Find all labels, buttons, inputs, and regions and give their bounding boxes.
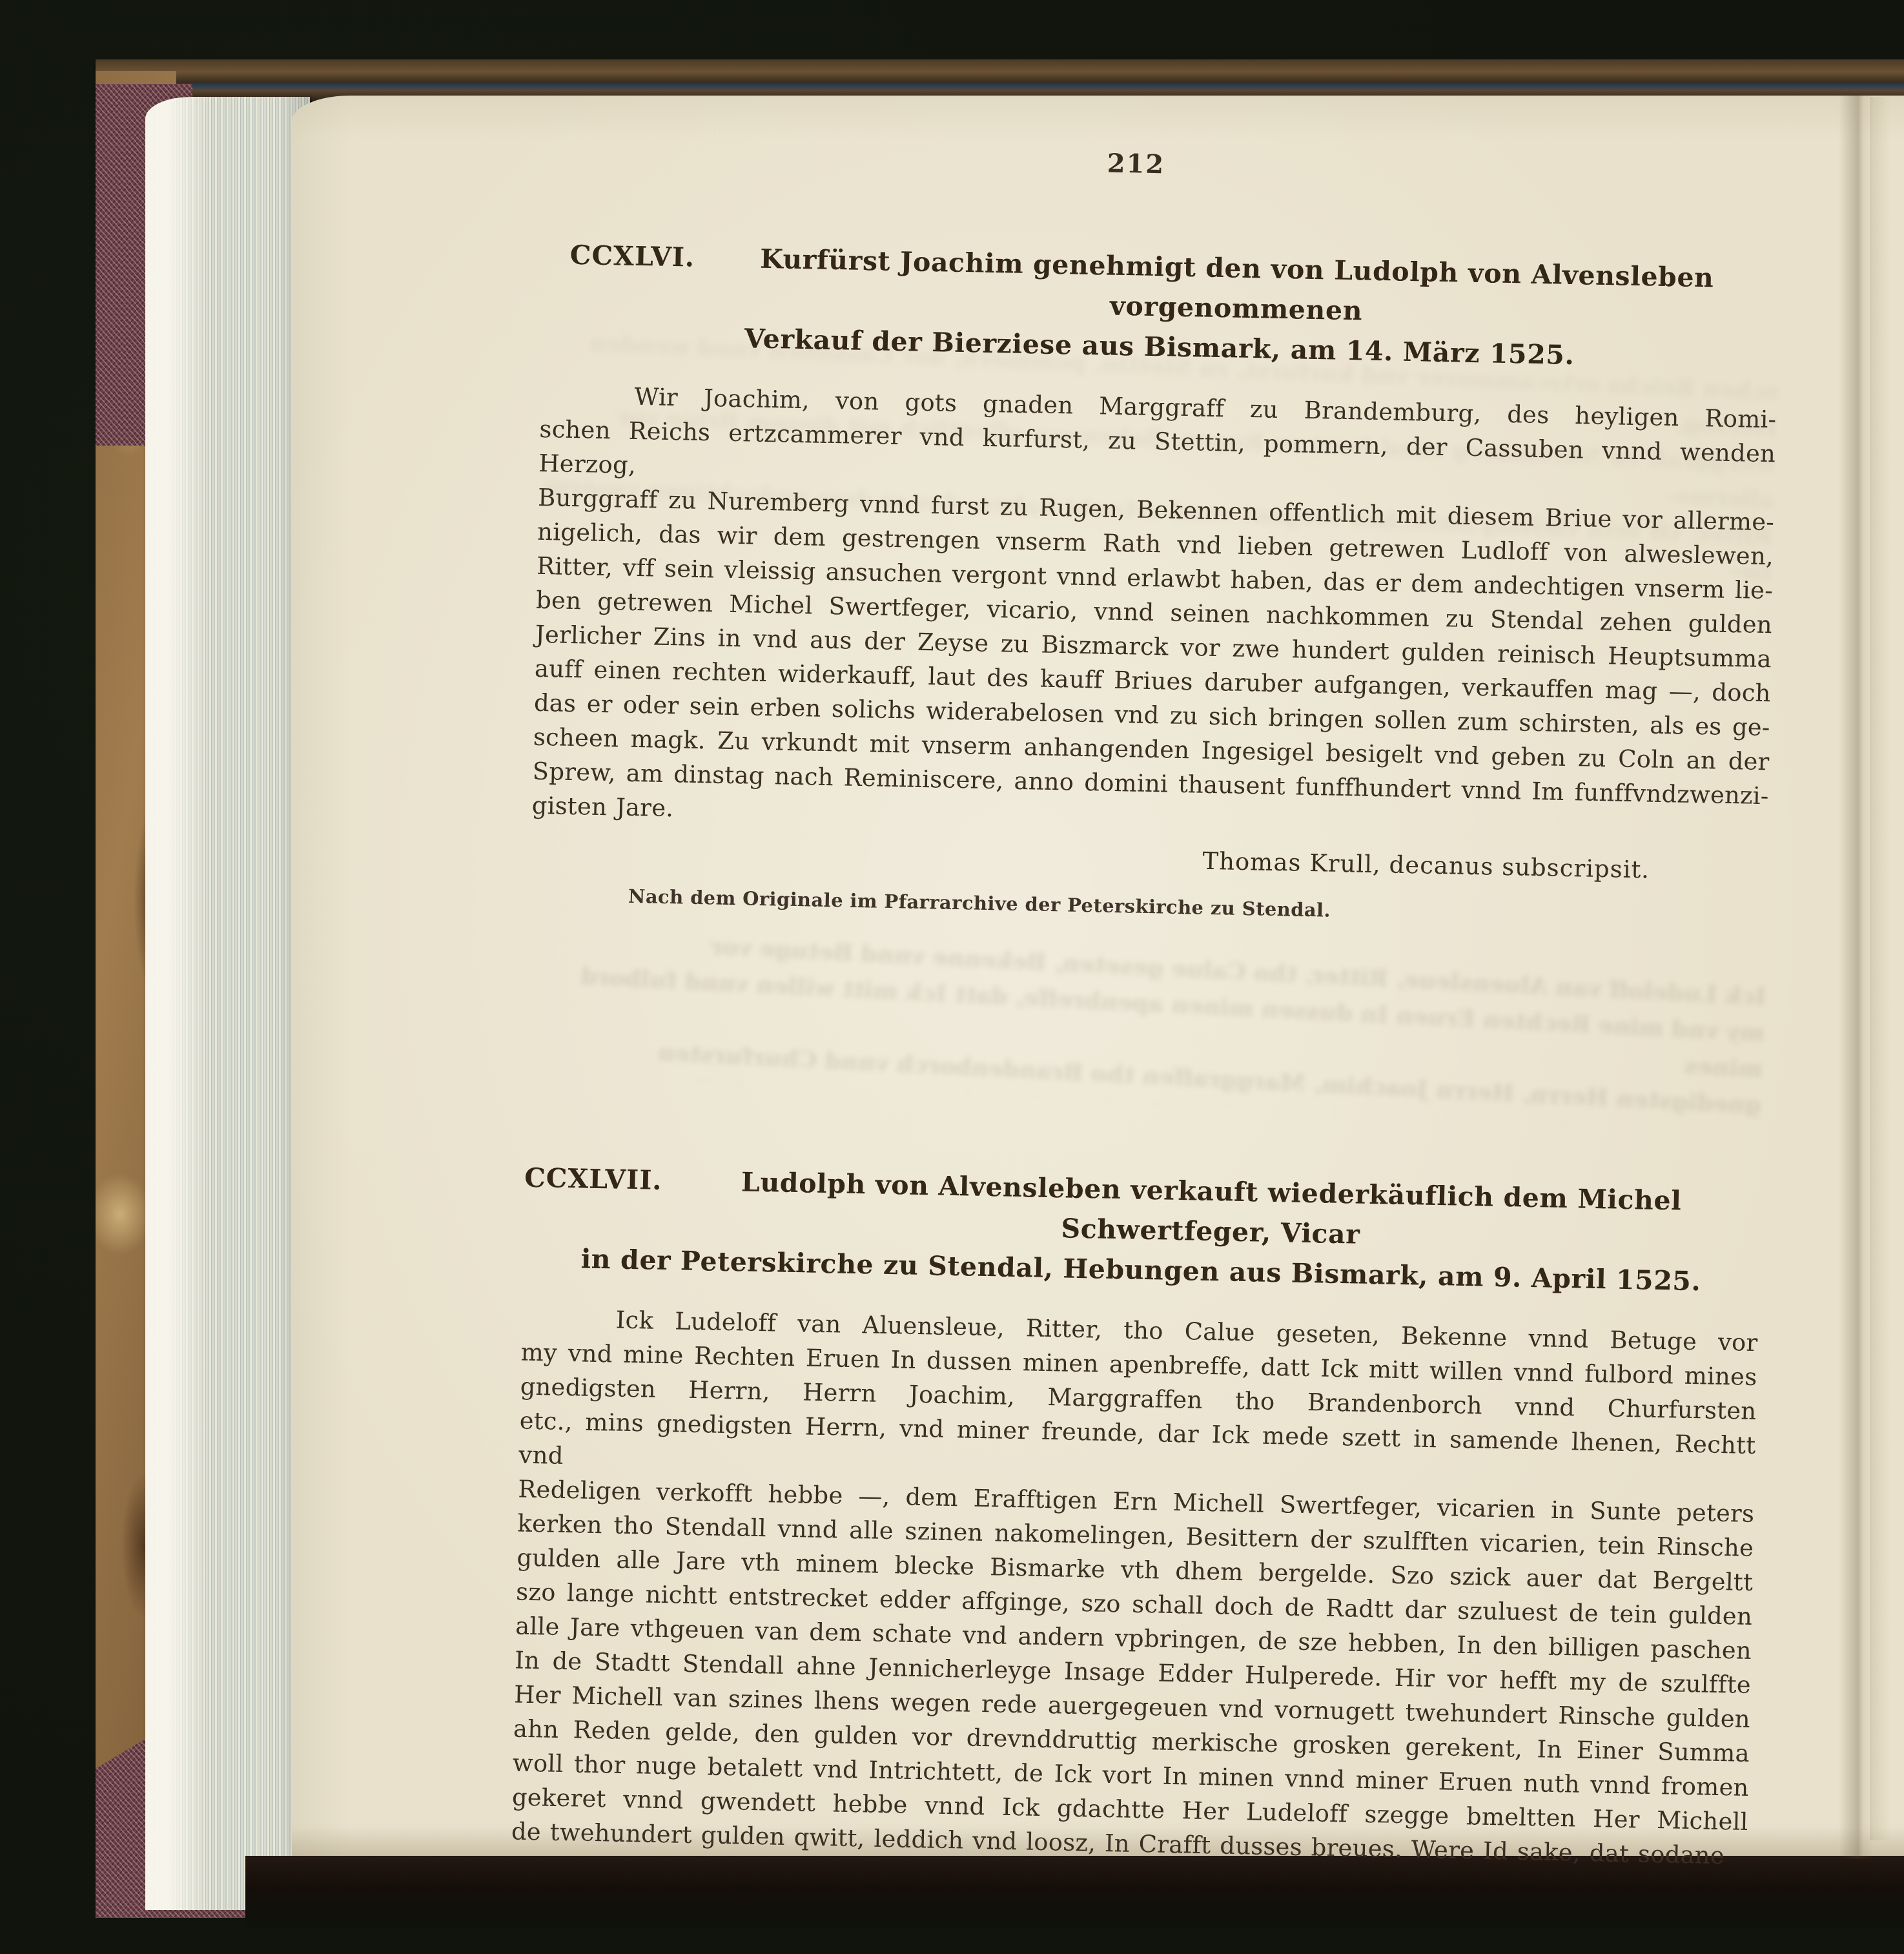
bleedthrough-line: my vnd mine Rechten Eruen In dussen mine… [527, 956, 1765, 1087]
fore-edge-page-stack [145, 97, 310, 1910]
charter-ccxlvi: CCXLVI. Kurfürst Joachim genehmigt den v… [530, 234, 1780, 932]
bleedthrough-line: gnedigsten Herrn, Herrn Joachim, Marggra… [525, 1028, 1761, 1124]
charter-ccxlvi-body: Wir Joachim, von gots gnaden Marggraff z… [531, 378, 1776, 847]
page-number: 212 [545, 137, 1728, 191]
bleedthrough-text: Ick Ludeloff van Aluensleue, Ritter, tho… [525, 920, 1767, 1133]
source-note: Nach dem Originale im Pfarrarchive der P… [530, 881, 1766, 932]
gutter-right-page [1870, 97, 1904, 1840]
printed-text-block: schen Reichs ertzcammerer vnd kurfurst, … [511, 123, 1781, 1873]
charter-ccxlvii-body: Ick Ludeloff van Aluensleue, Ritter, tho… [511, 1301, 1758, 1873]
charter-ccxlvi-number: CCXLVI. [569, 235, 695, 318]
book-top-board-edge [96, 59, 1904, 101]
gutter-crease [1839, 96, 1874, 1858]
charter-ccxlvii-number: CCXLVII. [523, 1158, 662, 1240]
charter-ccxlvii: CCXLVII. Ludolph von Alvensleben verkauf… [511, 1158, 1761, 1873]
bleedthrough-line: etc., mins gnedigsten Herrn, vnd miner f… [525, 1064, 1760, 1133]
bleedthrough-line: Ick Ludeloff van Aluensleue, Ritter, tho… [530, 920, 1766, 1015]
